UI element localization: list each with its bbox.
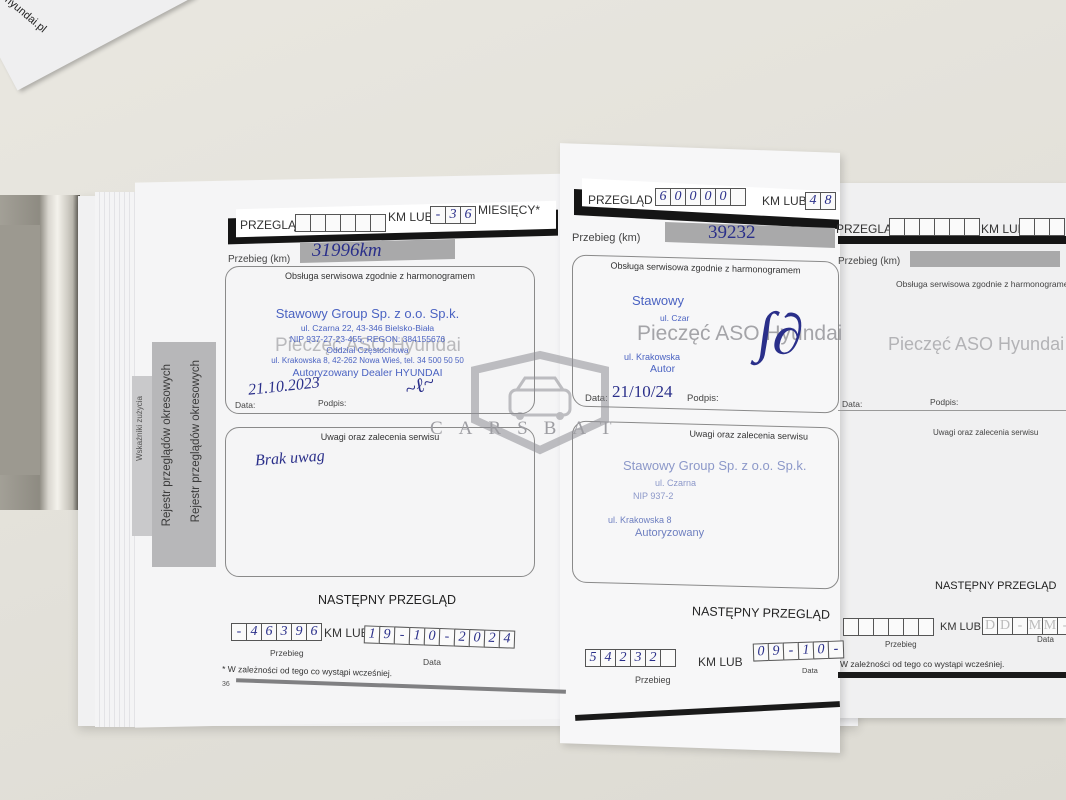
left-mileage-value: 31996km [312,240,382,262]
side-tab-register[interactable]: Rejestr przeglądów okresowych Rejestr pr… [152,342,216,567]
carsbat-watermark-icon [455,350,625,470]
right-next-km-boxes: 54232 [585,649,675,667]
metal-object [0,195,80,510]
left-next-km-boxes: -46396 [231,623,321,641]
left-months-boxes: -36 [430,206,475,224]
far-date-boxes: DD-MM- [982,617,1066,635]
watermark-text: CARSBAT [430,418,628,440]
left-km-boxes [295,214,385,232]
side-tab-small[interactable]: Wskaźniki zużycia [132,376,152,536]
right-mileage-value: 39232 [708,222,756,244]
right-months-boxes: 48 [805,192,835,210]
right-signature: ∫∂ [754,297,807,370]
right-next-date-boxes: 09-10- [753,640,844,661]
business-card-text: y.hyundai.pl [0,0,49,35]
right-km-boxes: 60000 [655,188,745,206]
far-km-boxes [889,218,979,236]
business-card: y.hyundai.pl [0,0,194,91]
